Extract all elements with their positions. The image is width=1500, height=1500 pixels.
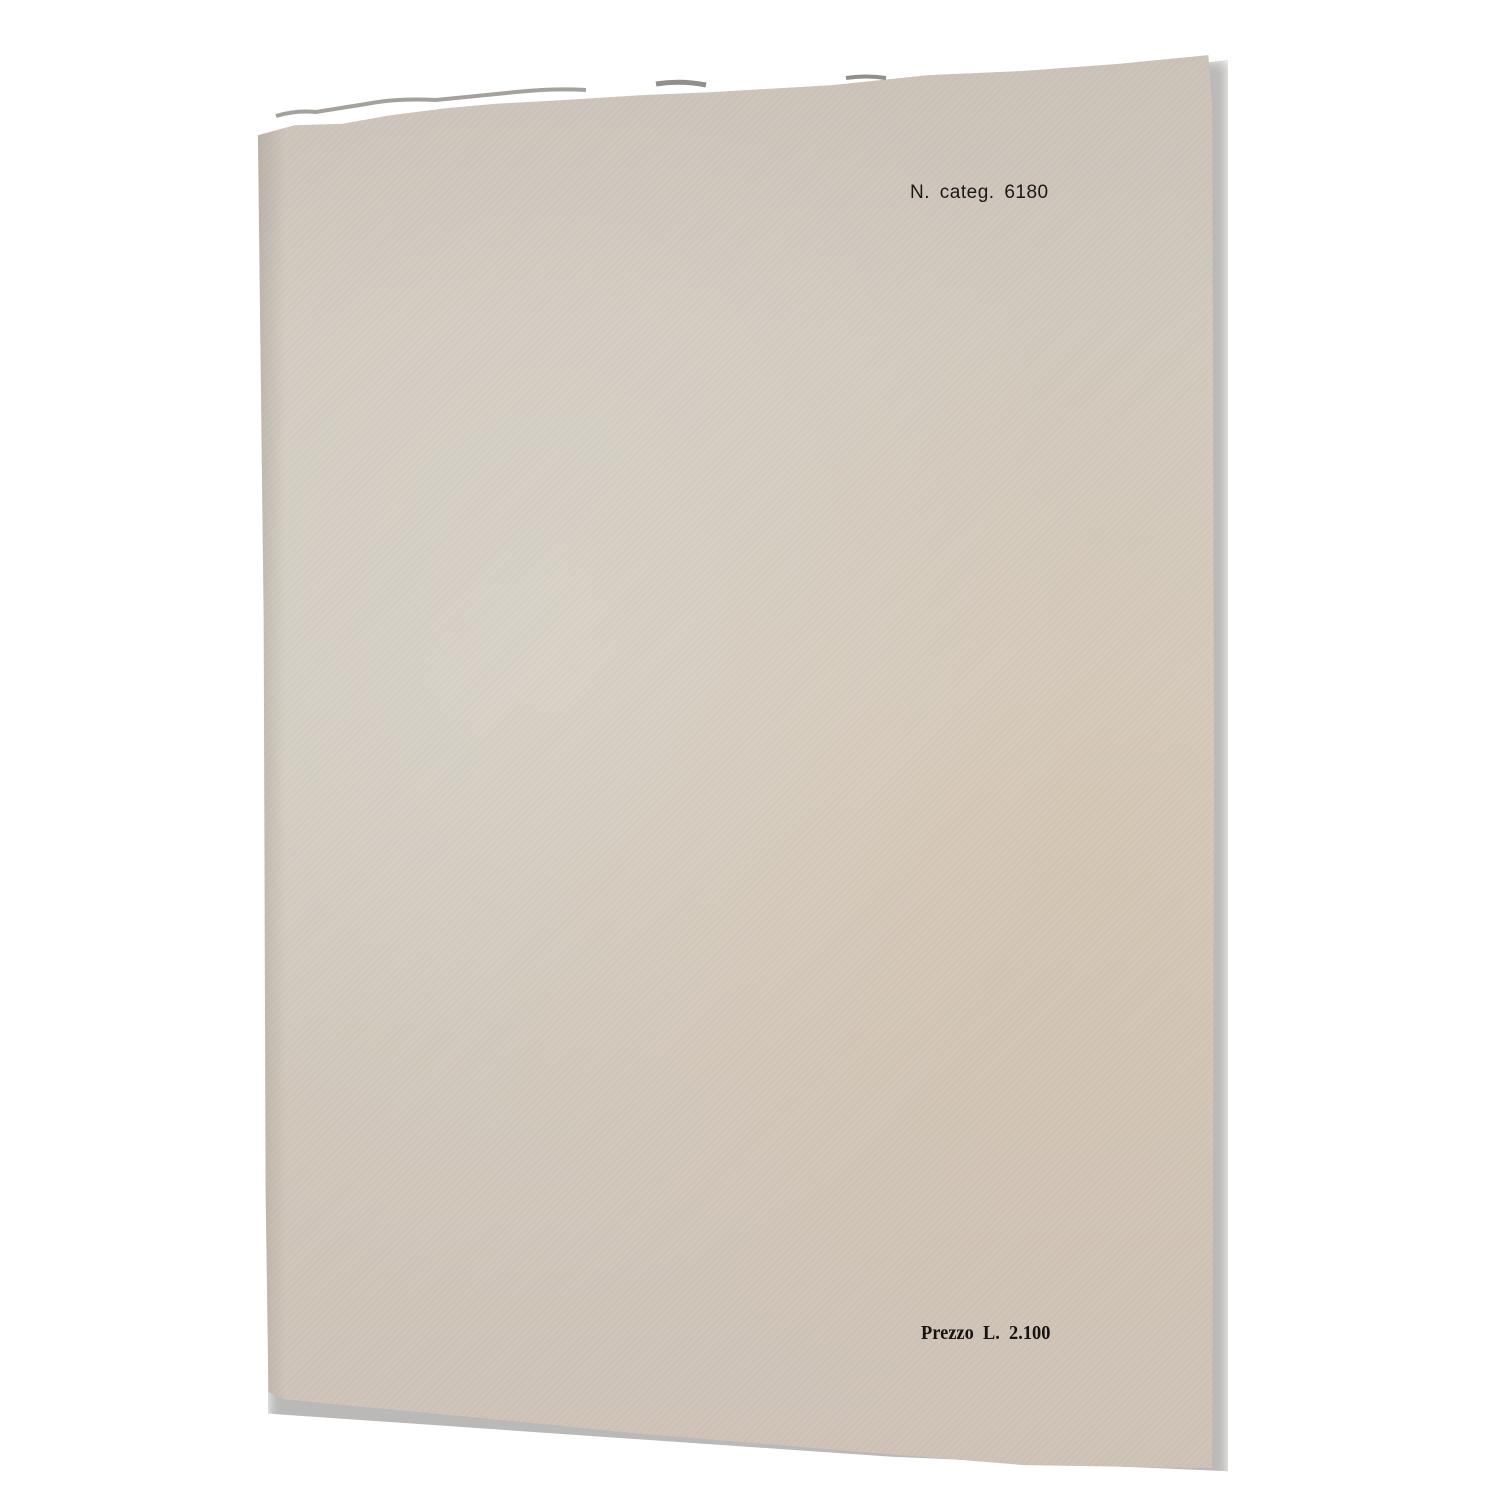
book-back-cover <box>256 48 1216 1478</box>
price-label: Prezzo L. 2.100 <box>921 1322 1050 1345</box>
photo-scene: N. categ. 6180 Prezzo L. 2.100 <box>0 0 1500 1500</box>
catalog-number-label: N. categ. 6180 <box>910 182 1049 204</box>
